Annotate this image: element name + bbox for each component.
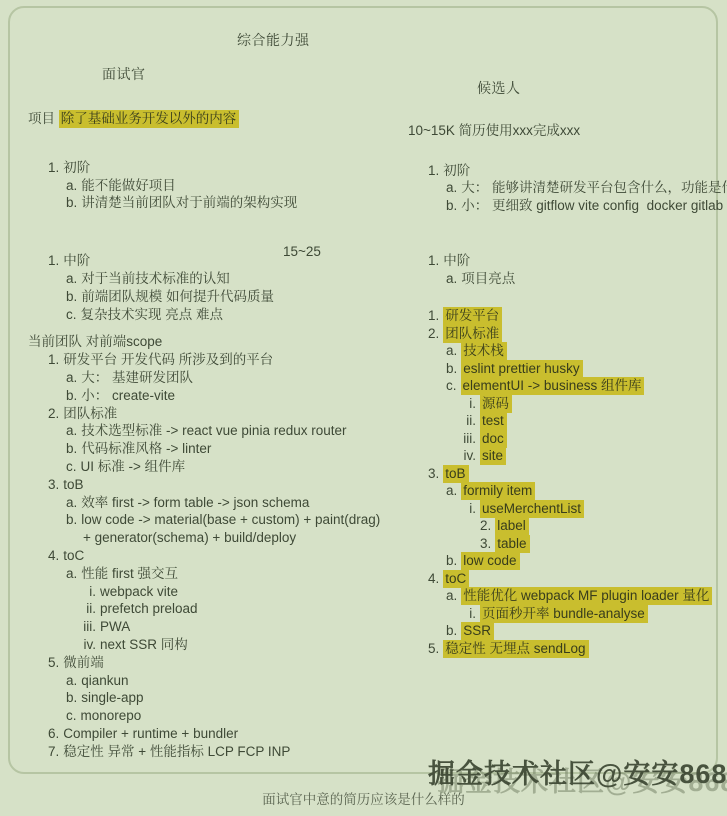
outline-line: iii.PWA — [28, 618, 400, 636]
highlighted-text: 稳定性 无埋点 sendLog — [443, 640, 588, 658]
plain-text: 中阶 — [443, 253, 470, 268]
plain-text: 技术选型标准 -> react vue pinia redux router — [81, 423, 346, 438]
highlighted-text: eslint prettier husky — [461, 360, 582, 378]
outline-line: iv.next SSR 同构 — [28, 636, 400, 654]
plain-text: 代码标准风格 -> linter — [81, 441, 211, 456]
outline-line: b.low code -> material(base + custom) + … — [28, 511, 400, 529]
plain-text: 团队标准 — [63, 406, 117, 421]
plain-text: UI 标准 -> 组件库 — [81, 459, 186, 474]
watermark-text: 掘金技术社区@安安868 — [428, 759, 727, 789]
blank-line — [408, 140, 723, 162]
list-marker: a. — [66, 565, 77, 583]
highlighted-text: test — [480, 412, 507, 430]
list-marker: 1. — [48, 252, 59, 270]
outline-line: b.eslint prettier husky — [408, 360, 723, 378]
plain-text: 前端团队规模 如何提升代码质量 — [81, 289, 274, 304]
highlighted-text: site — [480, 447, 506, 465]
outline-line: 1.研发平台 — [408, 307, 723, 325]
outline-line: 5.稳定性 无埋点 sendLog — [408, 640, 723, 658]
list-marker: a. — [66, 369, 77, 387]
list-marker: a. — [66, 494, 77, 512]
list-marker: a. — [446, 482, 457, 500]
outline-line: 2.团队标准 — [28, 405, 400, 423]
highlighted-text: 团队标准 — [443, 325, 502, 343]
outline-line: a.性能 first 强交互 — [28, 565, 400, 583]
list-marker: 1. — [428, 252, 439, 270]
interviewer-column-header: 面试官 — [102, 64, 146, 84]
list-marker: b. — [66, 689, 77, 707]
list-marker: 7. — [48, 743, 59, 761]
list-marker: a. — [446, 270, 457, 288]
list-marker: 3. — [428, 465, 439, 483]
list-marker: b. — [446, 552, 457, 570]
list-marker: b. — [446, 360, 457, 378]
outline-line: c.elementUI -> business 组件库 — [408, 377, 723, 395]
plain-text: 项目亮点 — [461, 271, 515, 286]
highlighted-text: 技术栈 — [461, 342, 507, 360]
list-marker: 3. — [48, 476, 59, 494]
outline-line: a.能不能做好项目 — [28, 177, 400, 195]
highlighted-text: SSR — [461, 622, 494, 640]
outline-line: 3.toB — [28, 476, 400, 494]
highlighted-text: 研发平台 — [443, 307, 502, 325]
outline-line: a.技术选型标准 -> react vue pinia redux router — [28, 422, 400, 440]
outline-line: 4.toC — [28, 547, 400, 565]
list-marker: iv. — [452, 447, 476, 465]
list-marker: a. — [66, 270, 77, 288]
outline-line: a.formily item — [408, 482, 723, 500]
plain-text: 小： 更细致 gitflow vite config docker gitlab — [461, 198, 723, 213]
highlighted-text: 源码 — [480, 395, 512, 413]
highlighted-text: elementUI -> business 组件库 — [461, 377, 645, 395]
candidate-column: 10~15K 简历使用xxx完成xxx1.初阶a.大： 能够讲清楚研发平台包含什… — [408, 122, 723, 657]
outline-line: b.小： 更细致 gitflow vite config docker gitl… — [408, 197, 723, 215]
blank-line — [28, 323, 400, 333]
outline-line: 3.toB — [408, 465, 723, 483]
list-marker: a. — [66, 672, 77, 690]
list-marker: iii. — [452, 430, 476, 448]
outline-line: 1.初阶 — [408, 162, 723, 180]
highlighted-text: 除了基础业务开发以外的内容 — [59, 110, 240, 128]
watermark: 掘金技术社区@安安868 掘金技术社区@安安868 — [428, 752, 727, 791]
highlighted-text: label — [495, 517, 529, 535]
plain-text: 能不能做好项目 — [81, 178, 176, 193]
list-marker: a. — [66, 177, 77, 195]
list-marker: 1. — [428, 162, 439, 180]
plain-text: PWA — [100, 619, 130, 634]
outline-line: c.复杂技术实现 亮点 难点 — [28, 306, 400, 324]
highlighted-text: table — [495, 535, 529, 553]
outline-line: 7.稳定性 异常 + 性能指标 LCP FCP INP — [28, 743, 400, 761]
outline-line: 6.Compiler + runtime + bundler — [28, 725, 400, 743]
outline-line: b.小： create-vite — [28, 387, 400, 405]
outline-line: b.讲清楚当前团队对于前端的架构实现 — [28, 194, 400, 212]
list-marker: a. — [446, 342, 457, 360]
highlighted-text: toB — [443, 465, 468, 483]
list-marker: i. — [72, 583, 96, 601]
list-marker: a. — [446, 587, 457, 605]
plain-text: 稳定性 异常 + 性能指标 LCP FCP INP — [63, 744, 290, 759]
outline-line: 2.label — [408, 517, 723, 535]
highlighted-text: toC — [443, 570, 469, 588]
list-marker: a. — [446, 179, 457, 197]
outline-line: i.useMerchentList — [408, 500, 723, 518]
list-marker: 1. — [428, 307, 439, 325]
list-marker: 1. — [48, 159, 59, 177]
list-marker: 1. — [48, 351, 59, 369]
blank-line — [408, 287, 723, 307]
list-marker: ii. — [72, 600, 96, 618]
list-marker: iv. — [72, 636, 96, 654]
list-marker: a. — [66, 422, 77, 440]
outline-line: iii.doc — [408, 430, 723, 448]
blank-line — [28, 128, 400, 159]
outline-line: 5.微前端 — [28, 654, 400, 672]
list-marker: c. — [66, 306, 77, 324]
outline-line: a.对于当前技术标准的认知 — [28, 270, 400, 288]
list-marker: 2. — [480, 517, 491, 535]
plain-text: 复杂技术实现 亮点 难点 — [81, 307, 224, 322]
list-marker: c. — [446, 377, 457, 395]
candidate-column-header: 候选人 — [477, 78, 521, 98]
list-marker: 2. — [428, 325, 439, 343]
outline-line: i.源码 — [408, 395, 723, 413]
outline-line: b.single-app — [28, 689, 400, 707]
plain-text: 对于当前技术标准的认知 — [81, 271, 230, 286]
outline-line: 3.table — [408, 535, 723, 553]
list-marker: 3. — [480, 535, 491, 553]
list-marker: 5. — [48, 654, 59, 672]
plain-text: 效率 first -> form table -> json schema — [81, 495, 309, 510]
list-marker: iii. — [72, 618, 96, 636]
plain-text: 项目 — [28, 111, 59, 126]
plain-text: Compiler + runtime + bundler — [63, 726, 238, 741]
list-marker: b. — [66, 440, 77, 458]
plain-text: 大： 基建研发团队 — [81, 370, 193, 385]
list-marker: b. — [66, 387, 77, 405]
list-marker: 5. — [428, 640, 439, 658]
plain-text: single-app — [81, 690, 143, 705]
salary-range-label: 15~25 — [283, 244, 321, 259]
highlighted-text: useMerchentList — [480, 500, 584, 518]
outline-line: a.技术栈 — [408, 342, 723, 360]
list-marker: 4. — [428, 570, 439, 588]
outline-line: ii.prefetch preload — [28, 600, 400, 618]
highlighted-text: 页面秒开率 bundle-analyse — [480, 605, 648, 623]
page-title: 综合能力强 — [237, 30, 310, 50]
plain-text: 初阶 — [63, 160, 90, 175]
outline-line: a.qiankun — [28, 672, 400, 690]
outline-line: b.low code — [408, 552, 723, 570]
outline-line: a.大： 能够讲清楚研发平台包含什么，功能是什么 — [408, 179, 723, 197]
plain-text: 10~15K 简历使用xxx完成xxx — [408, 123, 580, 138]
outline-line: + generator(schema) + build/deploy — [28, 529, 400, 547]
highlighted-text: low code — [461, 552, 519, 570]
highlighted-text: doc — [480, 430, 507, 448]
highlighted-text: formily item — [461, 482, 535, 500]
list-marker: b. — [66, 194, 77, 212]
outline-line: a.效率 first -> form table -> json schema — [28, 494, 400, 512]
outline-line: b.SSR — [408, 622, 723, 640]
list-marker: 2. — [48, 405, 59, 423]
outline-line: a.项目亮点 — [408, 270, 723, 288]
list-marker: c. — [66, 707, 77, 725]
plain-text: 小： create-vite — [81, 388, 175, 403]
plain-text: 初阶 — [443, 163, 470, 178]
plain-text: 研发平台 开发代码 所涉及到的平台 — [63, 352, 273, 367]
outline-line: iv.site — [408, 447, 723, 465]
interviewer-column: 项目 除了基础业务开发以外的内容1.初阶a.能不能做好项目b.讲清楚当前团队对于… — [28, 110, 400, 761]
list-marker: b. — [446, 197, 457, 215]
list-marker: c. — [66, 458, 77, 476]
outline-line: 1.中阶 — [28, 252, 400, 270]
list-marker: b. — [66, 288, 77, 306]
plain-text: toB — [63, 477, 83, 492]
plain-text: 微前端 — [63, 655, 104, 670]
plain-text: + generator(schema) + build/deploy — [83, 530, 296, 545]
list-marker: 4. — [48, 547, 59, 565]
plain-text: next SSR 同构 — [100, 637, 188, 652]
outline-line: 1.研发平台 开发代码 所涉及到的平台 — [28, 351, 400, 369]
plain-text: toC — [63, 548, 84, 563]
list-marker: b. — [446, 622, 457, 640]
outline-line: b.代码标准风格 -> linter — [28, 440, 400, 458]
list-marker: i. — [452, 500, 476, 518]
outline-line: a.性能优化 webpack MF plugin loader 量化 — [408, 587, 723, 605]
list-marker: i. — [452, 395, 476, 413]
plain-text: 讲清楚当前团队对于前端的架构实现 — [81, 195, 297, 210]
list-marker: i. — [452, 605, 476, 623]
outline-line: ii.test — [408, 412, 723, 430]
outline-line: i.页面秒开率 bundle-analyse — [408, 605, 723, 623]
list-marker: ii. — [452, 412, 476, 430]
blank-line — [28, 212, 400, 252]
list-marker: 6. — [48, 725, 59, 743]
plain-text: 性能 first 强交互 — [81, 566, 178, 581]
outline-line: 当前团队 对前端scope — [28, 333, 400, 351]
outline-line: 4.toC — [408, 570, 723, 588]
outline-line: b.前端团队规模 如何提升代码质量 — [28, 288, 400, 306]
outline-line: a.大： 基建研发团队 — [28, 369, 400, 387]
outline-line: 1.初阶 — [28, 159, 400, 177]
list-marker: b. — [66, 511, 77, 529]
plain-text: webpack vite — [100, 584, 178, 599]
outline-line: c.UI 标准 -> 组件库 — [28, 458, 400, 476]
plain-text: low code -> material(base + custom) + pa… — [81, 512, 380, 527]
outline-line: 1.中阶 — [408, 252, 723, 270]
plain-text: qiankun — [81, 673, 128, 688]
plain-text: 当前团队 对前端scope — [28, 334, 162, 349]
plain-text: 大： 能够讲清楚研发平台包含什么，功能是什么 — [461, 180, 727, 195]
plain-text: prefetch preload — [100, 601, 198, 616]
outline-line: c.monorepo — [28, 707, 400, 725]
outline-line: 10~15K 简历使用xxx完成xxx — [408, 122, 723, 140]
outline-line: 2.团队标准 — [408, 325, 723, 343]
outline-line: i.webpack vite — [28, 583, 400, 601]
highlighted-text: 性能优化 webpack MF plugin loader 量化 — [461, 587, 712, 605]
blank-line — [408, 214, 723, 252]
outline-line: 项目 除了基础业务开发以外的内容 — [28, 110, 400, 128]
plain-text: monorepo — [81, 708, 142, 723]
plain-text: 中阶 — [63, 253, 90, 268]
